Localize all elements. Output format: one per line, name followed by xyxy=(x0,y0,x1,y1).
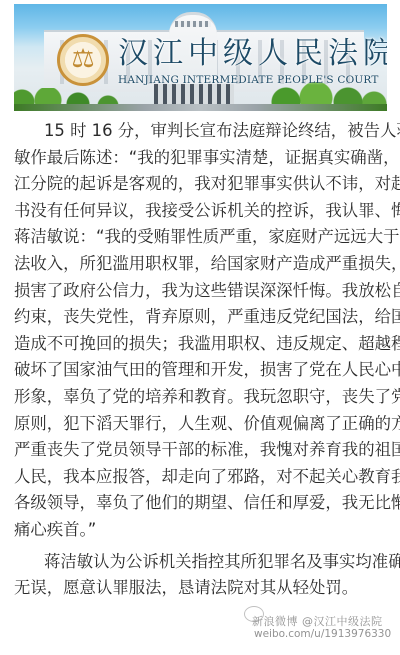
text-line: 痛心疾首。” xyxy=(14,517,390,544)
scales-icon: ⚖ xyxy=(60,37,106,83)
watermark-account: 新浪微博 @汉江中级法院 xyxy=(252,616,400,628)
text-line: 法收入，所犯滥用职权罪，给国家财产造成严重损失，并 xyxy=(14,251,390,278)
text-line: 无误，愿意认罪服法，恳请法院对其从轻处罚。 xyxy=(14,575,390,602)
ground xyxy=(14,104,387,111)
article-body: 15 时 16 分，审判长宣布法庭辩论终结，被告人蒋洁 敏作最后陈述：“我的犯罪… xyxy=(14,118,390,602)
text-line: 破坏了国家油气田的管理和开发，损害了党在人民心中的 xyxy=(14,357,390,384)
text-line: 各级领导，辜负了他们的期望、信任和厚爱，我无比惭愧， xyxy=(14,490,390,517)
text-line: 形象，辜负了党的培养和教育。我玩忽职守，丧失了党的 xyxy=(14,384,390,411)
text-line: 严重丧失了党员领导干部的标准，我愧对养育我的祖国和 xyxy=(14,437,390,464)
text-line: 蒋洁敏认为公诉机关指控其所犯罪名及事实均准确 xyxy=(14,549,390,576)
paragraph-1: 15 时 16 分，审判长宣布法庭辩论终结，被告人蒋洁 敏作最后陈述：“我的犯罪… xyxy=(14,118,390,544)
court-banner: ⚖ 汉江中级人民法院 HANJIANG INTERMEDIATE PEOPLE'… xyxy=(14,4,387,111)
text-line: 蒋洁敏说：“我的受贿罪性质严重，家庭财产远远大于合 xyxy=(14,224,390,251)
weibo-watermark: 新浪微博 @汉江中级法院 weibo.com/u/1913976330 xyxy=(252,616,400,640)
banner-title: 汉江中级人民法院 xyxy=(118,36,387,72)
paragraph-2: 蒋洁敏认为公诉机关指控其所犯罪名及事实均准确 无误，愿意认罪服法，恳请法院对其从… xyxy=(14,549,390,602)
text-line: 江分院的起诉是客观的，我对犯罪事实供认不讳，对起诉 xyxy=(14,171,390,198)
building-columns xyxy=(154,84,234,104)
text-line: 原则，犯下滔天罪行，人生观、价值观偏离了正确的方向， xyxy=(14,411,390,438)
text-line: 人民，我本应报答，却走向了邪路，对不起关心教育我的 xyxy=(14,464,390,491)
text-line: 约束，丧失党性，背弃原则，严重违反党纪国法，给国家 xyxy=(14,304,390,331)
tower-band xyxy=(175,21,211,27)
text-line: 书没有任何异议，我接受公诉机关的控诉，我认罪、悔罪。” xyxy=(14,198,390,225)
banner-subtitle: HANJIANG INTERMEDIATE PEOPLE'S COURT xyxy=(118,74,387,86)
text-line: 敏作最后陈述：“我的犯罪事实清楚，证据真实确凿，汉 xyxy=(14,145,390,172)
text-line: 造成不可挽回的损失；我滥用职权、违反规定、超越程序， xyxy=(14,331,390,358)
weibo-logo-icon xyxy=(244,606,264,622)
text-line: 15 时 16 分，审判长宣布法庭辩论终结，被告人蒋洁 xyxy=(14,118,390,145)
text-line: 损害了政府公信力，我为这些错误深深忏悔。我放松自我 xyxy=(14,278,390,305)
court-emblem-icon: ⚖ xyxy=(57,34,109,86)
watermark-url: weibo.com/u/1913976330 xyxy=(252,628,400,640)
